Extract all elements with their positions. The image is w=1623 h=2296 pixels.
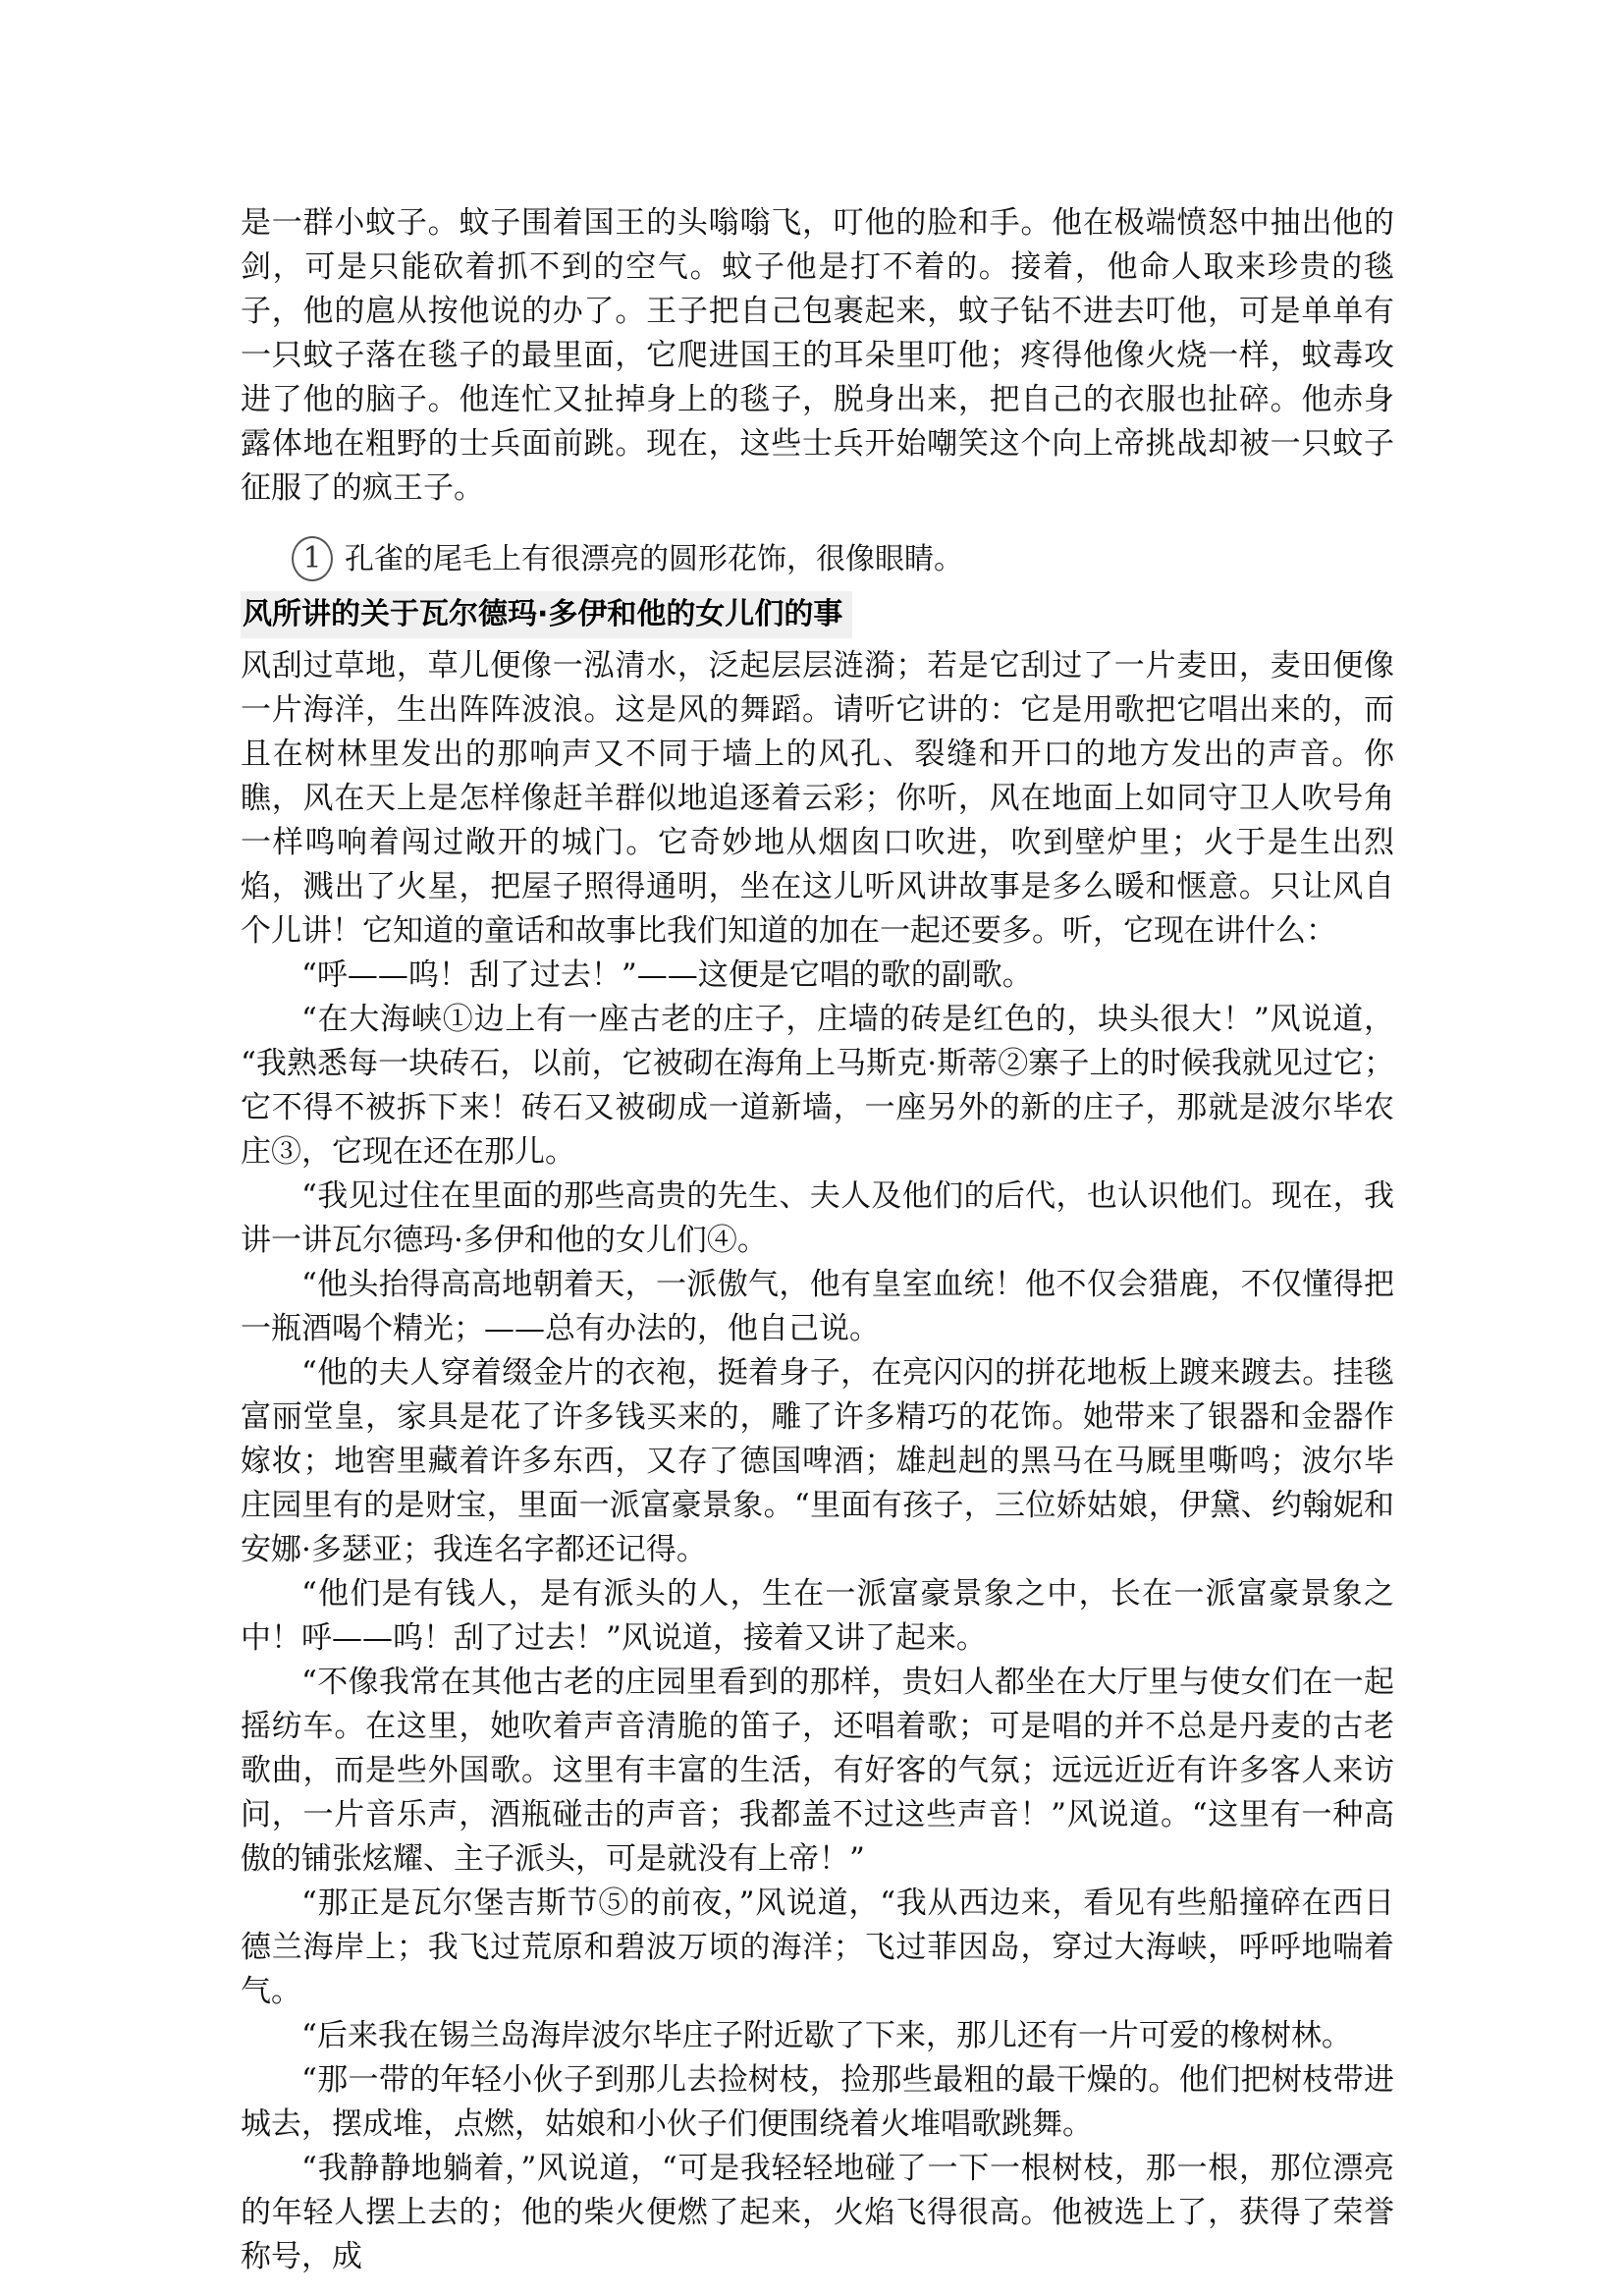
paragraph: “我静静地躺着，”风说道，“可是我轻轻地碰了一下一根树枝，那一根，那位漂亮的年轻…	[241, 2147, 1394, 2279]
paragraph: “他们是有钱人，是有派头的人，生在一派富豪景象之中，长在一派富豪景象之中！呼——…	[241, 1572, 1394, 1661]
section-heading: 风所讲的关于瓦尔德玛·多伊和他的女儿们的事	[241, 591, 1394, 638]
footnote-text: 孔雀的尾毛上有很漂亮的圆形花饰，很像眼睛。	[345, 537, 963, 581]
paragraph: “我见过住在里面的那些高贵的先生、夫人及他们的后代，也认识他们。现在，我讲一讲瓦…	[241, 1175, 1394, 1263]
paragraph: “他的夫人穿着缀金片的衣袍，挺着身子，在亮闪闪的拼花地板上踱来踱去。挂毯富丽堂皇…	[241, 1351, 1394, 1572]
document-page: 是一群小蚊子。蚊子围着国王的头嗡嗡飞，叮他的脸和手。他在极端愤怒中抽出他的剑，可…	[0, 0, 1623, 2296]
document-body: 是一群小蚊子。蚊子围着国王的头嗡嗡飞，叮他的脸和手。他在极端愤怒中抽出他的剑，可…	[241, 201, 1394, 2279]
paragraph: 是一群小蚊子。蚊子围着国王的头嗡嗡飞，叮他的脸和手。他在极端愤怒中抽出他的剑，可…	[241, 201, 1394, 511]
paragraph: “在大海峡①边上有一座古老的庄子，庄墙的砖是红色的，块头很大！”风说道，“我熟悉…	[241, 998, 1394, 1175]
paragraph: “不像我常在其他古老的庄园里看到的那样，贵妇人都坐在大厅里与使女们在一起摇纺车。…	[241, 1661, 1394, 1882]
paragraph: “呼——呜！刮了过去！”——这便是它唱的歌的副歌。	[241, 954, 1394, 998]
footnote: 1孔雀的尾毛上有很漂亮的圆形花饰，很像眼睛。	[241, 536, 1394, 581]
paragraph: “那一带的年轻小伙子到那儿去捡树枝，捡那些最粗的最干燥的。他们把树枝带进城去，摆…	[241, 2058, 1394, 2147]
paragraph: “后来我在锡兰岛海岸波尔毕庄子附近歇了下来，那儿还有一片可爱的橡树林。	[241, 2014, 1394, 2058]
footnote-marker-circled-number: 1	[292, 536, 333, 581]
paragraph: “那正是瓦尔堡吉斯节⑤的前夜，”风说道，“我从西边来，看见有些船撞碎在西日德兰海…	[241, 1882, 1394, 2014]
paragraph: “他头抬得高高地朝着天，一派傲气，他有皇室血统！他不仅会猎鹿，不仅懂得把一瓶酒喝…	[241, 1263, 1394, 1351]
paragraph: 风刮过草地，草儿便像一泓清水，泛起层层涟漪；若是它刮过了一片麦田，麦田便像一片海…	[241, 644, 1394, 954]
section-heading-text: 风所讲的关于瓦尔德玛·多伊和他的女儿们的事	[241, 591, 852, 638]
